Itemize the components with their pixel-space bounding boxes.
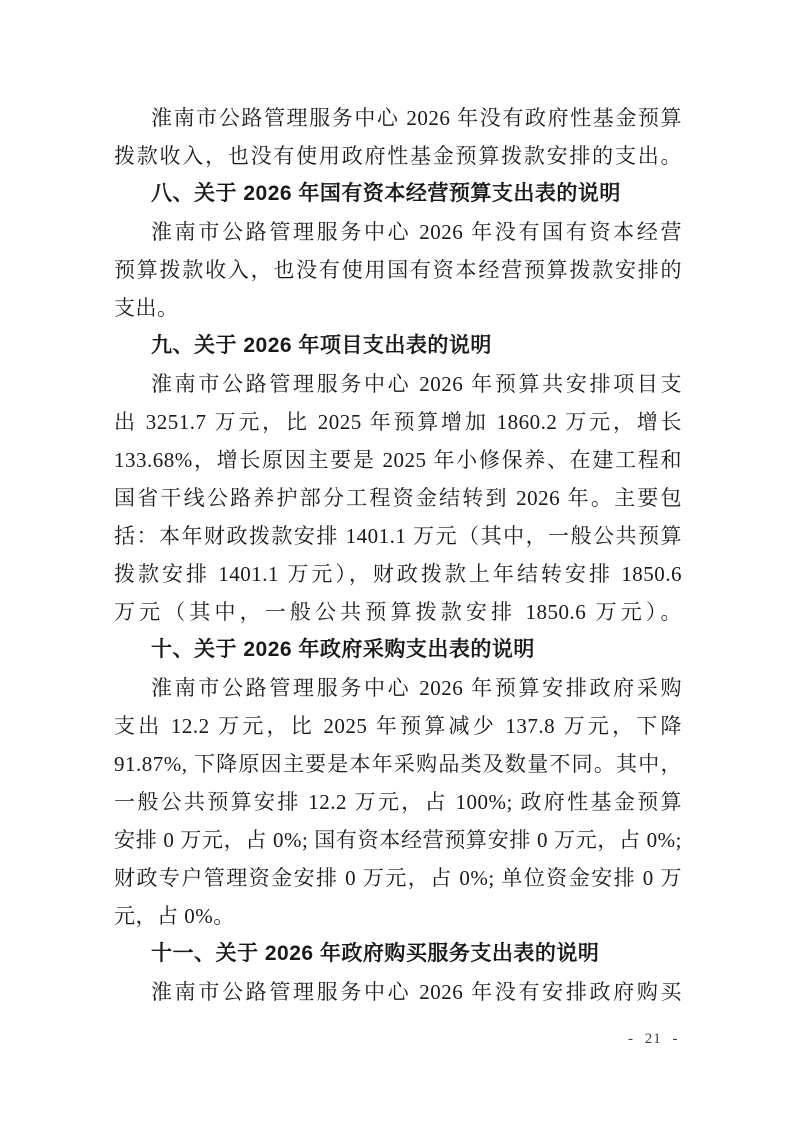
body-text-line: 支出。 [114,289,682,327]
body-text-line: 一般公共预算安排 12.2 万元，占 100%; 政府性基金预算 [114,783,682,821]
body-text-line: 财政专户管理资金安排 0 万元，占 0%; 单位资金安排 0 万 [114,859,682,897]
document-body: 淮南市公路管理服务中心 2026 年没有政府性基金预算拨款收入，也没有使用政府性… [114,99,682,1011]
body-text-line: 支出 12.2 万元，比 2025 年预算减少 137.8 万元，下降 [114,707,682,745]
body-text-line: 括：本年财政拨款安排 1401.1 万元（其中，一般公共预算 [114,517,682,555]
section-heading: 八、关于 2026 年国有资本经营预算支出表的说明 [114,175,682,213]
body-text-line: 出 3251.7 万元，比 2025 年预算增加 1860.2 万元，增长 [114,403,682,441]
body-text-line: 安排 0 万元，占 0%; 国有资本经营预算安排 0 万元，占 0%; [114,821,682,859]
section-heading: 十、关于 2026 年政府采购支出表的说明 [114,631,682,669]
body-text-line: 拨款安排 1401.1 万元），财政拨款上年结转安排 1850.6 [114,555,682,593]
body-text-line: 133.68%，增长原因主要是 2025 年小修保养、在建工程和 [114,441,682,479]
body-text-line: 淮南市公路管理服务中心 2026 年没有安排政府购买 [114,973,682,1011]
body-text-line: 万元（其中，一般公共预算拨款安排 1850.6 万元）。 [114,593,682,631]
body-text-line: 淮南市公路管理服务中心 2026 年预算安排政府采购 [114,669,682,707]
body-text-line: 淮南市公路管理服务中心 2026 年没有国有资本经营 [114,213,682,251]
body-text-line: 拨款收入，也没有使用政府性基金预算拨款安排的支出。 [114,137,682,175]
body-text-line: 预算拨款收入，也没有使用国有资本经营预算拨款安排的 [114,251,682,289]
body-text-line: 国省干线公路养护部分工程资金结转到 2026 年。主要包 [114,479,682,517]
section-heading: 九、关于 2026 年项目支出表的说明 [114,327,682,365]
body-text-line: 元，占 0%。 [114,897,682,935]
body-text-line: 淮南市公路管理服务中心 2026 年预算共安排项目支 [114,365,682,403]
body-text-line: 91.87%, 下降原因主要是本年采购品类及数量不同。其中， [114,745,682,783]
page-number: - 21 - [628,1029,679,1049]
body-text-line: 淮南市公路管理服务中心 2026 年没有政府性基金预算 [114,99,682,137]
document-page: 淮南市公路管理服务中心 2026 年没有政府性基金预算拨款收入，也没有使用政府性… [0,0,793,1122]
section-heading: 十一、关于 2026 年政府购买服务支出表的说明 [114,935,682,973]
